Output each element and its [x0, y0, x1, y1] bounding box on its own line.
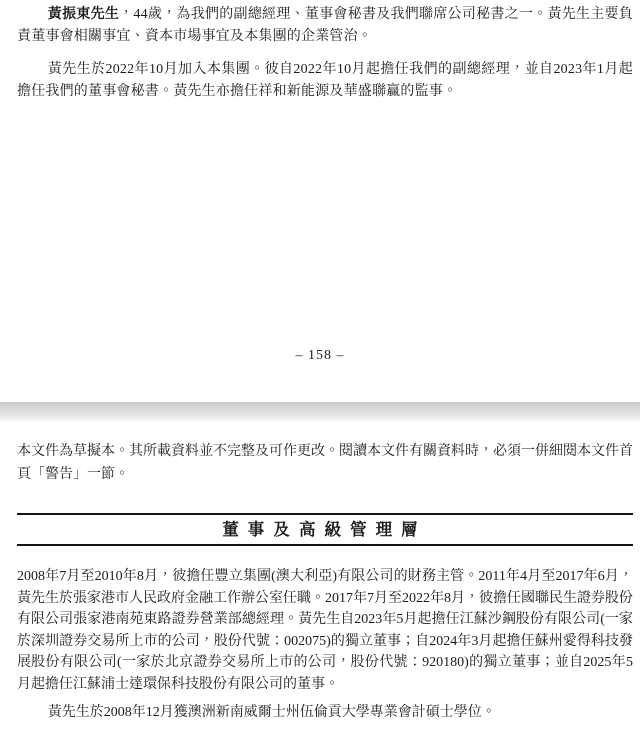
document-viewport: 黃振東先生，44歲，為我們的副總經理、董事會秘書及我們聯席公司秘書之一。黃先生主… — [0, 0, 640, 732]
section-title: 董事及高級管理層 — [0, 518, 640, 542]
draft-disclaimer: 本文件為草擬本。其所載資料並不完整及可作更改。閱讀本文件有關資料時，必須一併細閱… — [17, 440, 633, 486]
page-separator — [0, 402, 640, 422]
bio-paragraph-2: 黃先生於2022年10月加入本集團。彼自2022年10月起擔任我們的副總經理，並… — [17, 59, 633, 103]
bio-paragraph-1: 黃振東先生，44歲，為我們的副總經理、董事會秘書及我們聯席公司秘書之一。黃先生主… — [17, 4, 633, 48]
section-header-top-rule — [17, 513, 633, 515]
career-paragraph: 2008年7月至2010年8月，彼擔任豐立集團(澳大利亞)有限公司的財務主管。2… — [17, 566, 633, 695]
education-paragraph: 黃先生於2008年12月獲澳洲新南威爾士州伍倫貢大學專業會計碩士學位。 — [17, 702, 633, 724]
section-header-bottom-rule — [17, 544, 633, 546]
person-name: 黃振東先生 — [48, 7, 119, 22]
page-number: – 158 – — [0, 346, 640, 366]
